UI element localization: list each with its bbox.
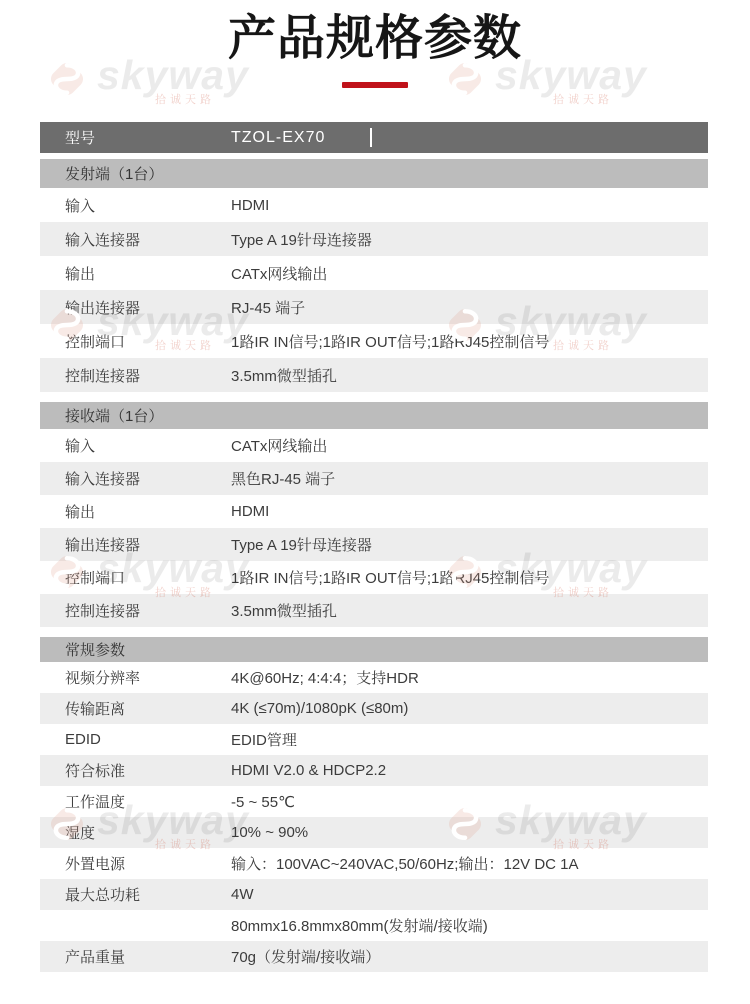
spec-label: 传输距离 bbox=[40, 698, 231, 719]
title-underline-decoration bbox=[342, 82, 408, 88]
spec-label: 控制端口 bbox=[40, 331, 231, 352]
spec-value: 10% ~ 90% bbox=[231, 824, 708, 841]
spec-row: 控制端口1路IR IN信号;1路IR OUT信号;1路RJ45控制信号 bbox=[40, 324, 708, 358]
spec-label: 输入 bbox=[40, 195, 231, 216]
spec-section: 常规参数视频分辨率4K@60Hz; 4:4:4；支持HDR传输距离4K (≤70… bbox=[40, 637, 708, 972]
spec-label: 工作温度 bbox=[40, 791, 231, 812]
spec-value: Type A 19针母连接器 bbox=[231, 534, 708, 555]
spec-label: 最大总功耗 bbox=[40, 884, 231, 905]
spec-row: 输入CATx网线输出 bbox=[40, 429, 708, 462]
spec-row: 外置电源输入：100VAC~240VAC,50/60Hz;输出：12V DC 1… bbox=[40, 848, 708, 879]
spec-label: 输入连接器 bbox=[40, 229, 231, 250]
spec-label: 输入连接器 bbox=[40, 468, 231, 489]
page-title: 产品规格参数 bbox=[0, 10, 750, 68]
spec-row: 控制连接器3.5mm微型插孔 bbox=[40, 358, 708, 392]
model-row: 型号 TZOL-EX70 bbox=[40, 122, 708, 153]
spec-value: HDMI bbox=[231, 197, 708, 214]
spec-value: HDMI V2.0 & HDCP2.2 bbox=[231, 762, 708, 779]
spec-value: 80mmx16.8mmx80mm(发射端/接收端) bbox=[231, 915, 708, 936]
spec-value: CATx网线输出 bbox=[231, 435, 708, 456]
spec-value: HDMI bbox=[231, 503, 708, 520]
spec-label: 湿度 bbox=[40, 822, 231, 843]
spec-value: 黑色RJ-45 端子 bbox=[231, 468, 708, 489]
spec-row: 传输距离4K (≤70m)/1080pK (≤80m) bbox=[40, 693, 708, 724]
spec-value: 1路IR IN信号;1路IR OUT信号;1路RJ45控制信号 bbox=[231, 567, 708, 588]
spec-label: 输出连接器 bbox=[40, 534, 231, 555]
spec-row: 输出CATx网线输出 bbox=[40, 256, 708, 290]
spec-value: -5 ~ 55℃ bbox=[231, 793, 708, 811]
spec-row: EDIDEDID管理 bbox=[40, 724, 708, 755]
section-header: 常规参数 bbox=[40, 637, 708, 662]
spec-row: 输出连接器Type A 19针母连接器 bbox=[40, 528, 708, 561]
model-value: TZOL-EX70 bbox=[231, 129, 708, 147]
spec-value: 1路IR IN信号;1路IR OUT信号;1路RJ45控制信号 bbox=[231, 331, 708, 352]
spec-section: 发射端（1台）输入HDMI输入连接器Type A 19针母连接器输出CATx网线… bbox=[40, 159, 708, 392]
spec-label: 输出连接器 bbox=[40, 297, 231, 318]
spec-sections: 发射端（1台）输入HDMI输入连接器Type A 19针母连接器输出CATx网线… bbox=[40, 159, 708, 972]
spec-row: 湿度10% ~ 90% bbox=[40, 817, 708, 848]
spec-label: 控制端口 bbox=[40, 567, 231, 588]
page-header: 产品规格参数 bbox=[0, 0, 750, 88]
spec-value: 4K (≤70m)/1080pK (≤80m) bbox=[231, 700, 708, 717]
spec-label: 控制连接器 bbox=[40, 600, 231, 621]
spec-label: 视频分辨率 bbox=[40, 667, 231, 688]
spec-row: 控制端口1路IR IN信号;1路IR OUT信号;1路RJ45控制信号 bbox=[40, 561, 708, 594]
spec-row: 输入HDMI bbox=[40, 188, 708, 222]
spec-row: 产品重量70g（发射端/接收端） bbox=[40, 941, 708, 972]
spec-value: 70g（发射端/接收端） bbox=[231, 946, 708, 967]
spec-label: 控制连接器 bbox=[40, 365, 231, 386]
spec-value: 3.5mm微型插孔 bbox=[231, 365, 708, 386]
spec-row: 输出连接器RJ-45 端子 bbox=[40, 290, 708, 324]
spec-value: Type A 19针母连接器 bbox=[231, 229, 708, 250]
spec-label: 输出 bbox=[40, 263, 231, 284]
spec-value: 输入：100VAC~240VAC,50/60Hz;输出：12V DC 1A bbox=[231, 853, 708, 874]
section-header: 发射端（1台） bbox=[40, 159, 708, 188]
spec-label: EDID bbox=[40, 731, 231, 748]
spec-label: 输出 bbox=[40, 501, 231, 522]
spec-row: 输出HDMI bbox=[40, 495, 708, 528]
spec-row: 80mmx16.8mmx80mm(发射端/接收端) bbox=[40, 910, 708, 941]
spec-row: 最大总功耗4W bbox=[40, 879, 708, 910]
spec-row: 符合标准HDMI V2.0 & HDCP2.2 bbox=[40, 755, 708, 786]
spec-label: 产品重量 bbox=[40, 946, 231, 967]
watermark-subtext: 拾诚天路 bbox=[155, 91, 215, 107]
spec-value: CATx网线输出 bbox=[231, 263, 708, 284]
spec-value: 4W bbox=[231, 886, 708, 903]
spec-value: 3.5mm微型插孔 bbox=[231, 600, 708, 621]
spec-row: 输入连接器Type A 19针母连接器 bbox=[40, 222, 708, 256]
spec-label: 外置电源 bbox=[40, 853, 231, 874]
spec-row: 视频分辨率4K@60Hz; 4:4:4；支持HDR bbox=[40, 662, 708, 693]
spec-section: 接收端（1台）输入CATx网线输出输入连接器黑色RJ-45 端子输出HDMI输出… bbox=[40, 402, 708, 627]
spec-row: 控制连接器3.5mm微型插孔 bbox=[40, 594, 708, 627]
watermark-subtext: 拾诚天路 bbox=[553, 91, 613, 107]
spec-table: 型号 TZOL-EX70 发射端（1台）输入HDMI输入连接器Type A 19… bbox=[40, 122, 708, 972]
text-cursor bbox=[370, 128, 372, 147]
spec-row: 输入连接器黑色RJ-45 端子 bbox=[40, 462, 708, 495]
model-label: 型号 bbox=[40, 127, 231, 148]
section-header: 接收端（1台） bbox=[40, 402, 708, 429]
spec-row: 工作温度-5 ~ 55℃ bbox=[40, 786, 708, 817]
spec-label: 输入 bbox=[40, 435, 231, 456]
spec-sheet-page: 产品规格参数 型号 TZOL-EX70 发射端（1台）输入HDMI输入连接器Ty… bbox=[0, 0, 750, 1004]
spec-value: RJ-45 端子 bbox=[231, 297, 708, 318]
spec-value: EDID管理 bbox=[231, 729, 708, 750]
spec-value: 4K@60Hz; 4:4:4；支持HDR bbox=[231, 667, 708, 688]
spec-label: 符合标准 bbox=[40, 760, 231, 781]
